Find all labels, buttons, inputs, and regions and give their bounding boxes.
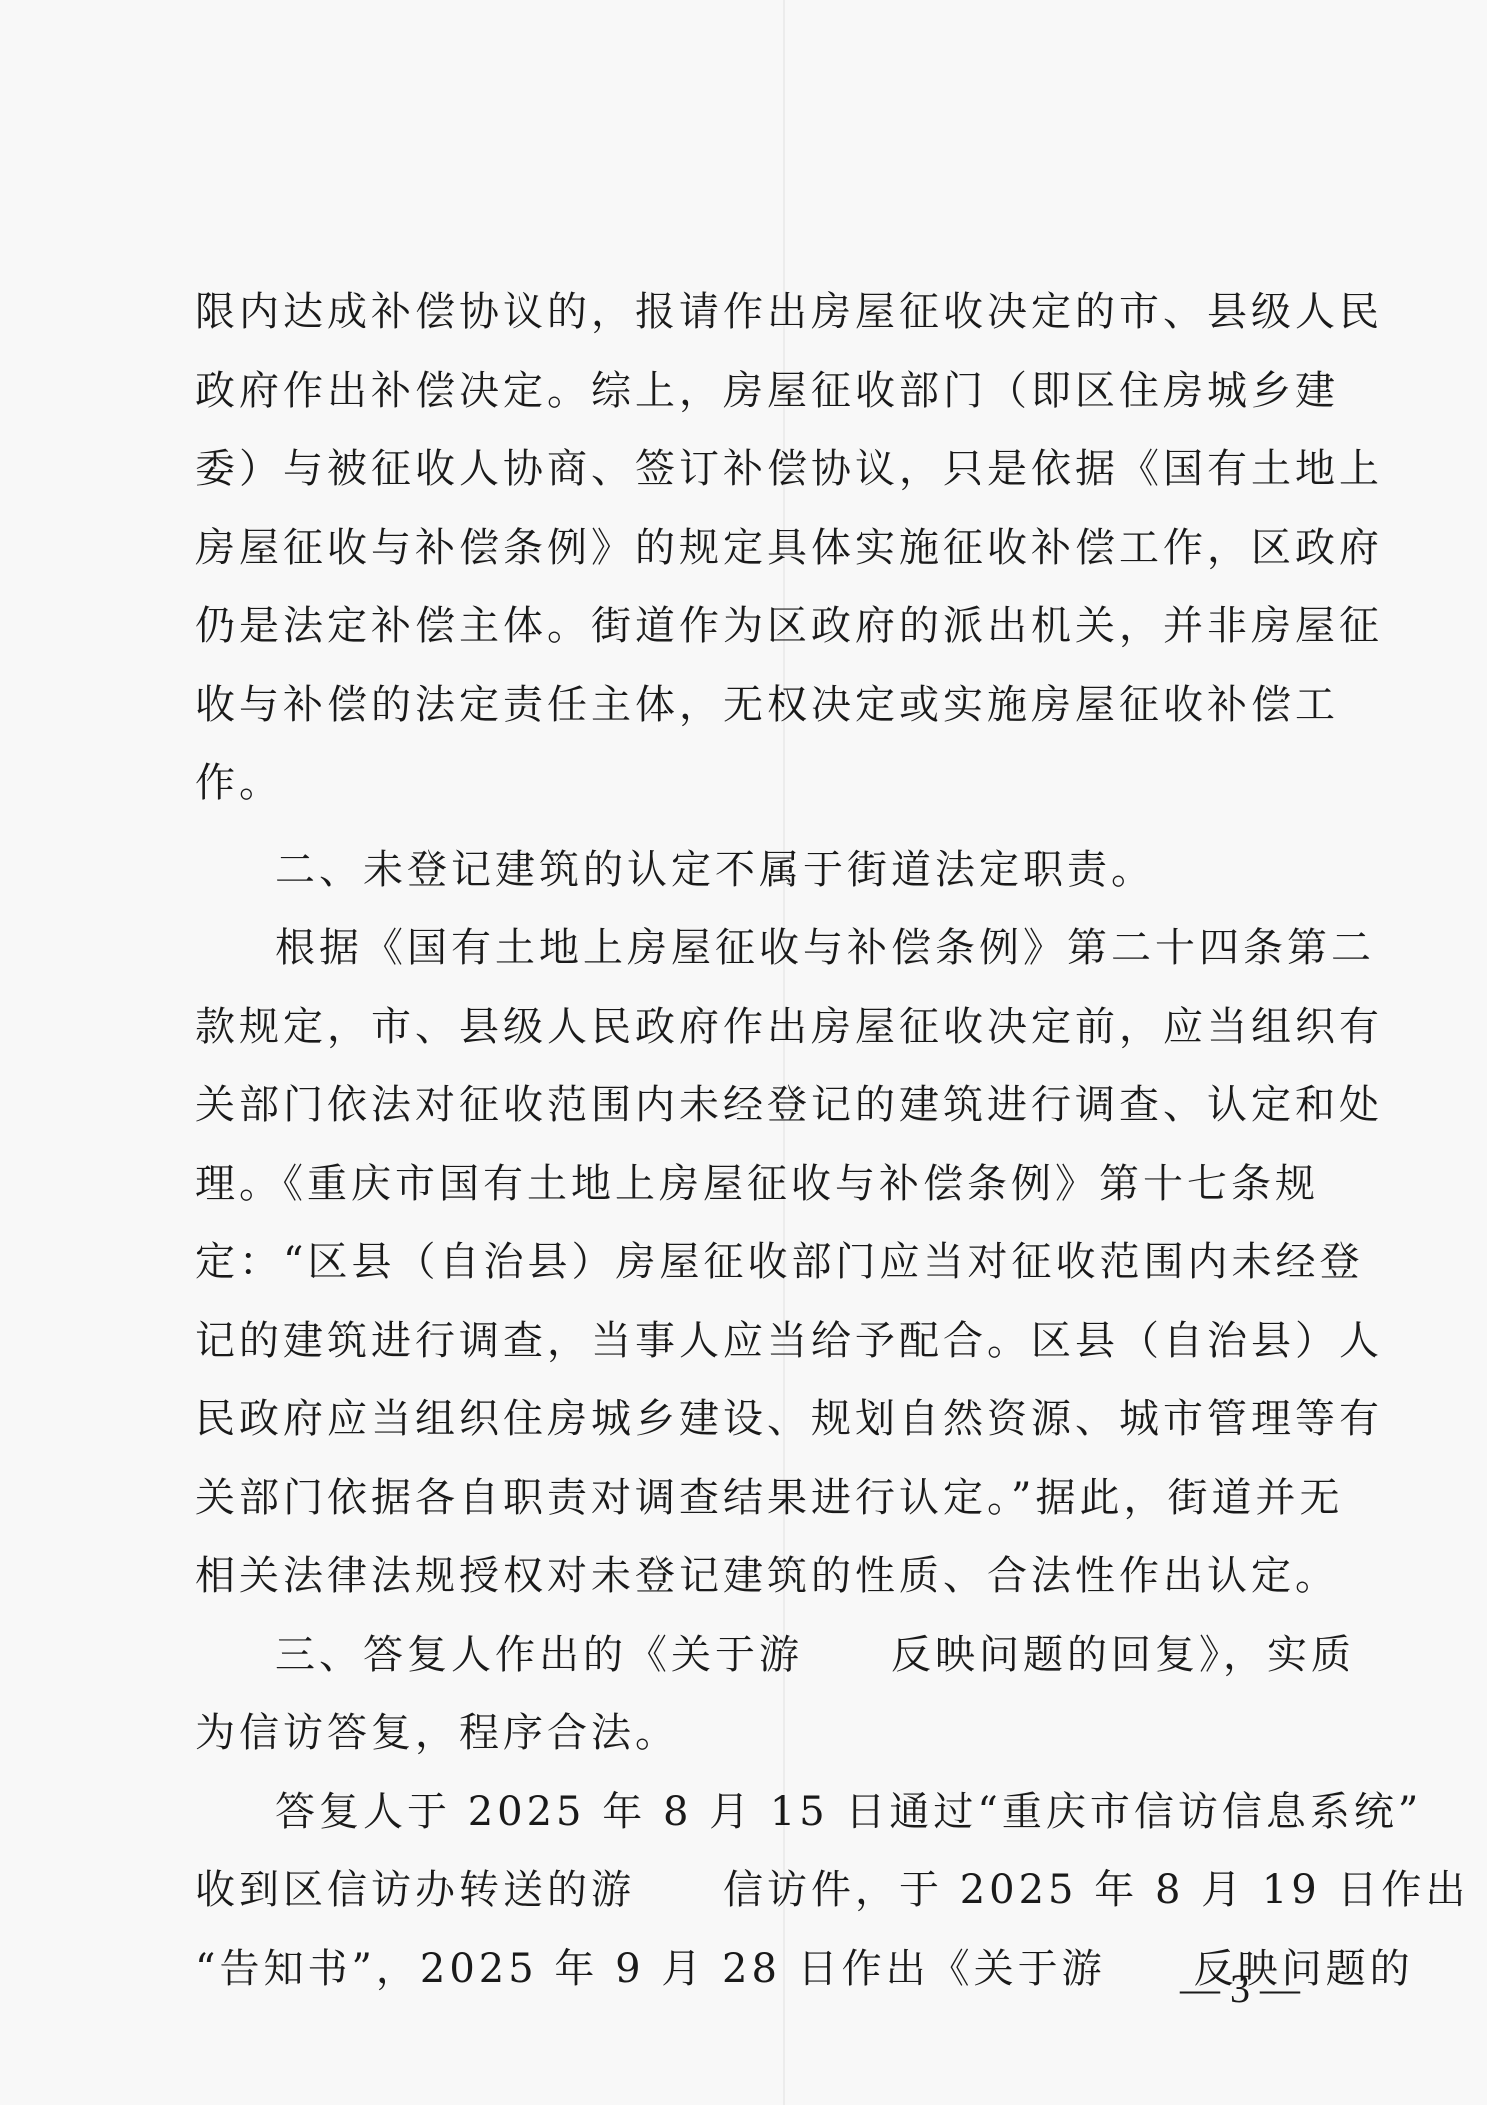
- text-line: 为信访答复，程序合法。: [195, 1706, 1305, 1760]
- text-line: 记的建筑进行调查，当事人应当给予配合。区县（自治县）人: [195, 1314, 1305, 1368]
- text-line: 答复人于 2025 年 8 月 15 日通过“重庆市信访信息系统”: [275, 1785, 1305, 1839]
- text-line: 根据《国有土地上房屋征收与补偿条例》第二十四条第二: [275, 921, 1305, 975]
- page-number: — 3 —: [1180, 1965, 1300, 2012]
- text-line: 关部门依据各自职责对调查结果进行认定。”据此，街道并无: [195, 1471, 1305, 1525]
- text-line: 三、答复人作出的《关于游 反映问题的回复》，实质: [275, 1628, 1305, 1682]
- document-page: 限内达成补偿协议的，报请作出房屋征收决定的市、县级人民政府作出补偿决定。综上，房…: [0, 0, 1487, 2105]
- text-line: 收与补偿的法定责任主体，无权决定或实施房屋征收补偿工: [195, 678, 1305, 732]
- text-line: 房屋征收与补偿条例》的规定具体实施征收补偿工作，区政府: [195, 521, 1305, 575]
- text-line: 相关法律法规授权对未登记建筑的性质、合法性作出认定。: [195, 1549, 1305, 1603]
- text-line: 委）与被征收人协商、签订补偿协议，只是依据《国有土地上: [195, 442, 1305, 496]
- text-line: 款规定，市、县级人民政府作出房屋征收决定前，应当组织有: [195, 1000, 1305, 1054]
- text-line: 政府作出补偿决定。综上，房屋征收部门（即区住房城乡建: [195, 364, 1305, 418]
- text-line: 关部门依法对征收范围内未经登记的建筑进行调查、认定和处: [195, 1078, 1305, 1132]
- text-line: 理。《重庆市国有土地上房屋征收与补偿条例》第十七条规: [195, 1157, 1305, 1211]
- text-line: “告知书”，2025 年 9 月 28 日作出《关于游 反映问题的: [195, 1942, 1305, 1996]
- text-line: 限内达成补偿协议的，报请作出房屋征收决定的市、县级人民: [195, 285, 1305, 339]
- text-line: 民政府应当组织住房城乡建设、规划自然资源、城市管理等有: [195, 1392, 1305, 1446]
- text-line: 作。: [195, 756, 1305, 810]
- text-line: 收到区信访办转送的游 信访件，于 2025 年 8 月 19 日作出: [195, 1863, 1305, 1917]
- text-line: 定：“区县（自治县）房屋征收部门应当对征收范围内未经登: [195, 1235, 1305, 1289]
- text-line: 仍是法定补偿主体。街道作为区政府的派出机关，并非房屋征: [195, 599, 1305, 653]
- text-line: 二、未登记建筑的认定不属于街道法定职责。: [275, 843, 1305, 897]
